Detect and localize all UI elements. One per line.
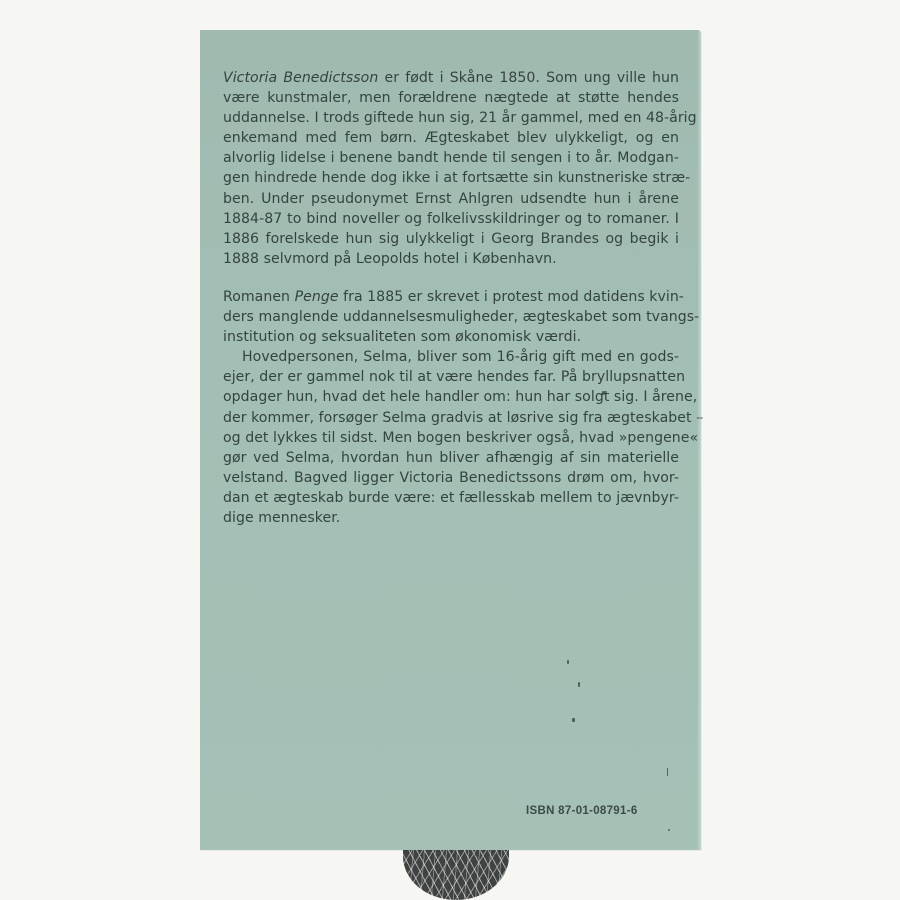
plot-summary-paragraph: Hovedpersonen, Selma, bliver som 16-årig… bbox=[223, 347, 679, 528]
novel-intro-paragraph: Romanen Penge fra 1885 er skrevet i prot… bbox=[223, 287, 679, 347]
text-line: gen hindrede hende dog ikke i at fortsæt… bbox=[223, 168, 679, 188]
text-line: ejer, der er gammel nok til at være hend… bbox=[223, 367, 679, 387]
text-line: ders manglende uddannelsesmuligheder, æg… bbox=[223, 307, 679, 327]
surface-mark bbox=[578, 682, 580, 687]
text-line: dan et ægteskab burde være: et fællesska… bbox=[223, 488, 679, 508]
text-line: ben. Under pseudonymet Ernst Ahlgren uds… bbox=[223, 189, 679, 209]
author-name: Victoria Benedictsson bbox=[223, 70, 378, 86]
text-line: velstand. Bagved ligger Victoria Benedic… bbox=[223, 468, 679, 488]
text-line: institution og seksualiteten som økonomi… bbox=[223, 327, 679, 347]
text-line: Victoria Benedictsson er født i Skåne 18… bbox=[223, 68, 679, 88]
text-line: uddannelse. I trods giftede hun sig, 21 … bbox=[223, 108, 679, 128]
text-line: dige mennesker. bbox=[223, 508, 679, 528]
novel-title: Penge bbox=[295, 289, 339, 305]
text-line: opdager hun, hvad det hele handler om: h… bbox=[223, 387, 679, 407]
isbn-number: ISBN 87-01-08791-6 bbox=[526, 805, 638, 817]
surface-mark bbox=[602, 391, 605, 395]
surface-mark bbox=[667, 768, 668, 776]
text-line: Romanen Penge fra 1885 er skrevet i prot… bbox=[223, 287, 679, 307]
text-line: enkemand med fem børn. Ægteskabet blev u… bbox=[223, 128, 679, 148]
surface-mark bbox=[668, 829, 670, 831]
text-line: og det lykkes til sidst. Men bogen beskr… bbox=[223, 428, 679, 448]
text-line: Hovedpersonen, Selma, bliver som 16-årig… bbox=[223, 347, 679, 367]
text-line: 1886 forelskede hun sig ulykkeligt i Geo… bbox=[223, 229, 679, 249]
surface-mark bbox=[572, 718, 575, 722]
book-back-cover: Victoria Benedictsson er født i Skåne 18… bbox=[200, 30, 701, 850]
text-line: der kommer, forsøger Selma gradvis at lø… bbox=[223, 408, 679, 428]
text-line: 1884-87 to bind noveller og folkelivsski… bbox=[223, 209, 679, 229]
text-line: alvorlig lidelse i benene bandt hende ti… bbox=[223, 148, 679, 168]
text-line: gør ved Selma, hvordan hun bliver afhæng… bbox=[223, 448, 679, 468]
surface-mark bbox=[567, 660, 569, 664]
text-line: 1888 selvmord på Leopolds hotel i Københ… bbox=[223, 249, 679, 269]
text-line: være kunstmaler, men forældrene nægtede … bbox=[223, 88, 679, 108]
author-bio-paragraph: Victoria Benedictsson er født i Skåne 18… bbox=[223, 68, 679, 269]
